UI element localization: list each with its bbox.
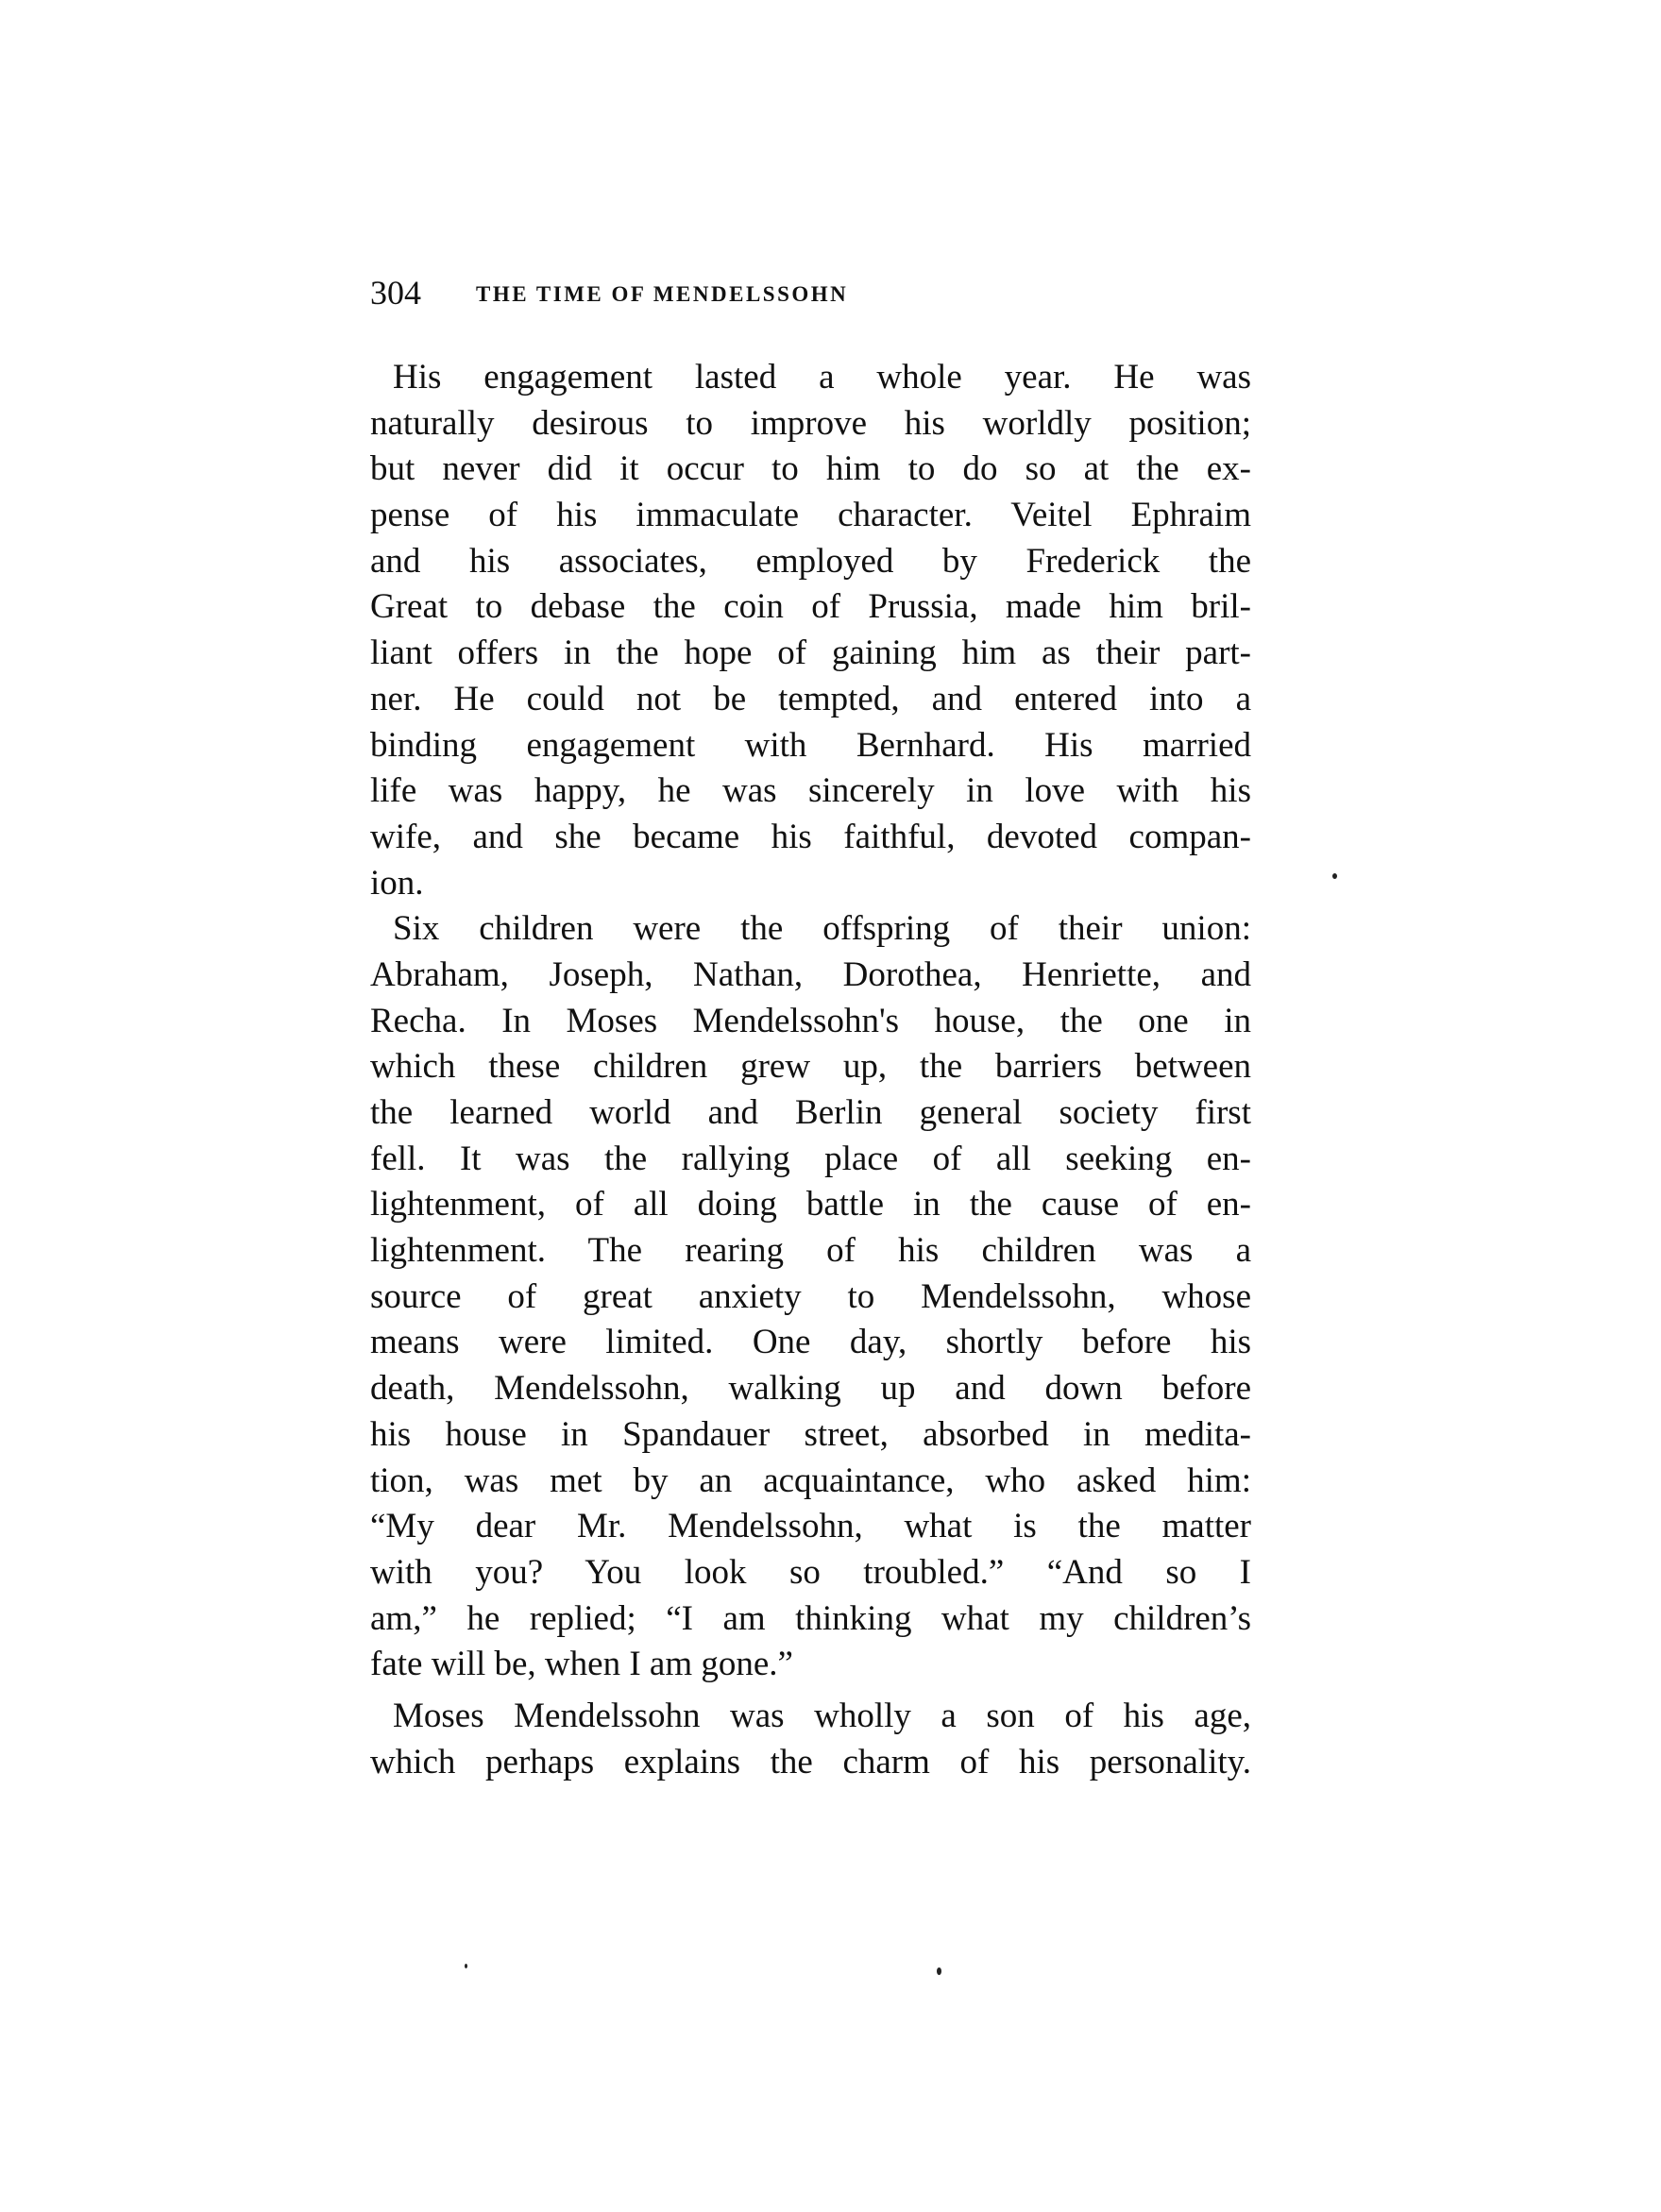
text-line: Great to debase the coin of Prussia, mad… bbox=[370, 584, 1251, 631]
text-line: liant offers in the hope of gaining him … bbox=[370, 631, 1251, 677]
text-line: wife, and she became his faithful, devot… bbox=[370, 815, 1251, 861]
text-line: the learned world and Berlin general soc… bbox=[370, 1090, 1251, 1137]
paragraph-3: Moses Mendelssohn was wholly a son of hi… bbox=[370, 1694, 1251, 1785]
text-line: His engagement lasted a whole year. He w… bbox=[370, 355, 1251, 401]
text-line: death, Mendelssohn, walking up and down … bbox=[370, 1366, 1251, 1412]
text-line: life was happy, he was sincerely in love… bbox=[370, 768, 1251, 815]
text-line: fate will be, when I am gone.” bbox=[370, 1642, 1251, 1688]
text-line: lightenment. The rearing of his children… bbox=[370, 1228, 1251, 1275]
text-line: and his associates, employed by Frederic… bbox=[370, 539, 1251, 585]
running-title: THE TIME OF MENDELSSOHN bbox=[476, 278, 848, 312]
paragraph-2: Six children were the offspring of their… bbox=[370, 906, 1251, 1688]
text-line: with you? You look so troubled.” “And so… bbox=[370, 1550, 1251, 1596]
text-line: means were limited. One day, shortly bef… bbox=[370, 1320, 1251, 1366]
text-line: Moses Mendelssohn was wholly a son of hi… bbox=[370, 1694, 1251, 1740]
text-line: naturally desirous to improve his worldl… bbox=[370, 401, 1251, 447]
text-line: ner. He could not be tempted, and entere… bbox=[370, 677, 1251, 723]
text-line: Abraham, Joseph, Nathan, Dorothea, Henri… bbox=[370, 953, 1251, 999]
scan-speck bbox=[937, 1967, 941, 1975]
scan-speck bbox=[1332, 873, 1337, 879]
text-line: tion, was met by an acquaintance, who as… bbox=[370, 1459, 1251, 1505]
text-line: source of great anxiety to Mendelssohn, … bbox=[370, 1275, 1251, 1321]
scan-speck bbox=[465, 1964, 467, 1968]
text-line: but never did it occur to him to do so a… bbox=[370, 447, 1251, 493]
body-text: His engagement lasted a whole year. He w… bbox=[370, 355, 1251, 1785]
text-line: fell. It was the rallying place of all s… bbox=[370, 1137, 1251, 1183]
text-line: ion. bbox=[370, 861, 1251, 907]
text-line: Recha. In Moses Mendelssohn's house, the… bbox=[370, 999, 1251, 1045]
text-line: “My dear Mr. Mendelssohn, what is the ma… bbox=[370, 1504, 1251, 1550]
page-header: 304 THE TIME OF MENDELSSOHN bbox=[370, 274, 1314, 312]
page-number: 304 bbox=[370, 274, 421, 312]
paragraph-1: His engagement lasted a whole year. He w… bbox=[370, 355, 1251, 906]
text-line: which perhaps explains the charm of his … bbox=[370, 1740, 1251, 1786]
text-line: which these children grew up, the barrie… bbox=[370, 1044, 1251, 1090]
text-line: lightenment, of all doing battle in the … bbox=[370, 1182, 1251, 1228]
text-line: am,” he replied; “I am thinking what my … bbox=[370, 1596, 1251, 1643]
text-line: Six children were the offspring of their… bbox=[370, 906, 1251, 953]
text-line: pense of his immaculate character. Veite… bbox=[370, 493, 1251, 539]
text-line: binding engagement with Bernhard. His ma… bbox=[370, 723, 1251, 769]
text-line: his house in Spandauer street, absorbed … bbox=[370, 1412, 1251, 1459]
